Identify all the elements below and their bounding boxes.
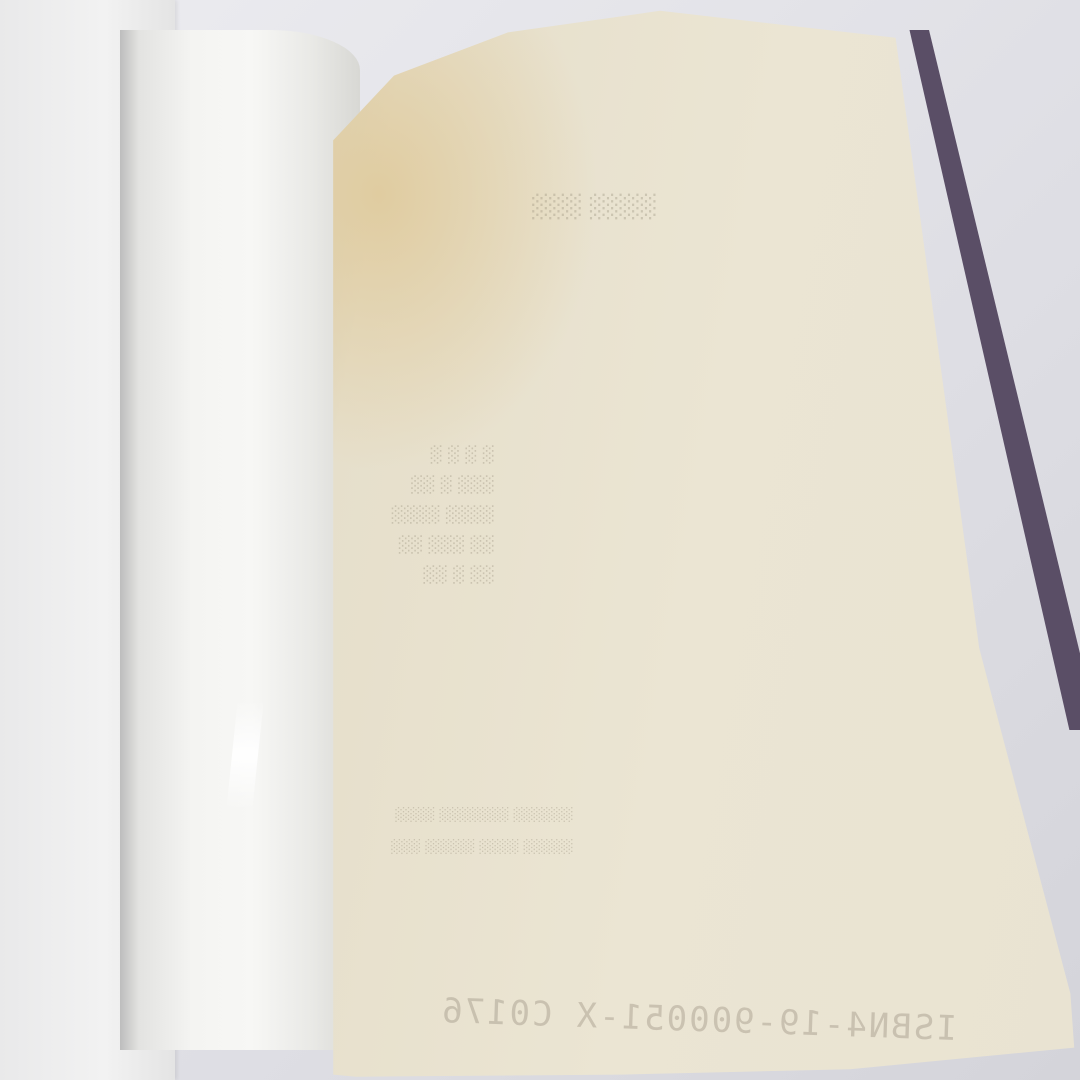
white-cover-flap bbox=[120, 30, 360, 1050]
colophon-line: ░░░░ ░░░░ bbox=[390, 500, 494, 530]
bleed-through-title: ░░░░ ░░░ bbox=[530, 195, 655, 220]
colophon-line: ░░ ░░░ ░░ bbox=[390, 530, 494, 560]
notes-line: ░░░░░ ░░░░ ░░░░░ ░░░ bbox=[390, 832, 572, 864]
colophon-line: ░░░ ░ ░░ bbox=[390, 470, 494, 500]
notes-line: ░░░░░░ ░░░░░░░ ░░░░ bbox=[390, 800, 572, 832]
bleed-through-colophon: ░ ░ ░ ░ ░░░ ░ ░░ ░░░░ ░░░░ ░░ ░░░ ░░ ░░ … bbox=[390, 440, 494, 590]
bleed-through-notes: ░░░░░░ ░░░░░░░ ░░░░ ░░░░░ ░░░░ ░░░░░ ░░░ bbox=[390, 800, 572, 864]
colophon-line: ░░ ░ ░░ bbox=[390, 560, 494, 590]
colophon-line: ░ ░ ░ ░ bbox=[390, 440, 494, 470]
